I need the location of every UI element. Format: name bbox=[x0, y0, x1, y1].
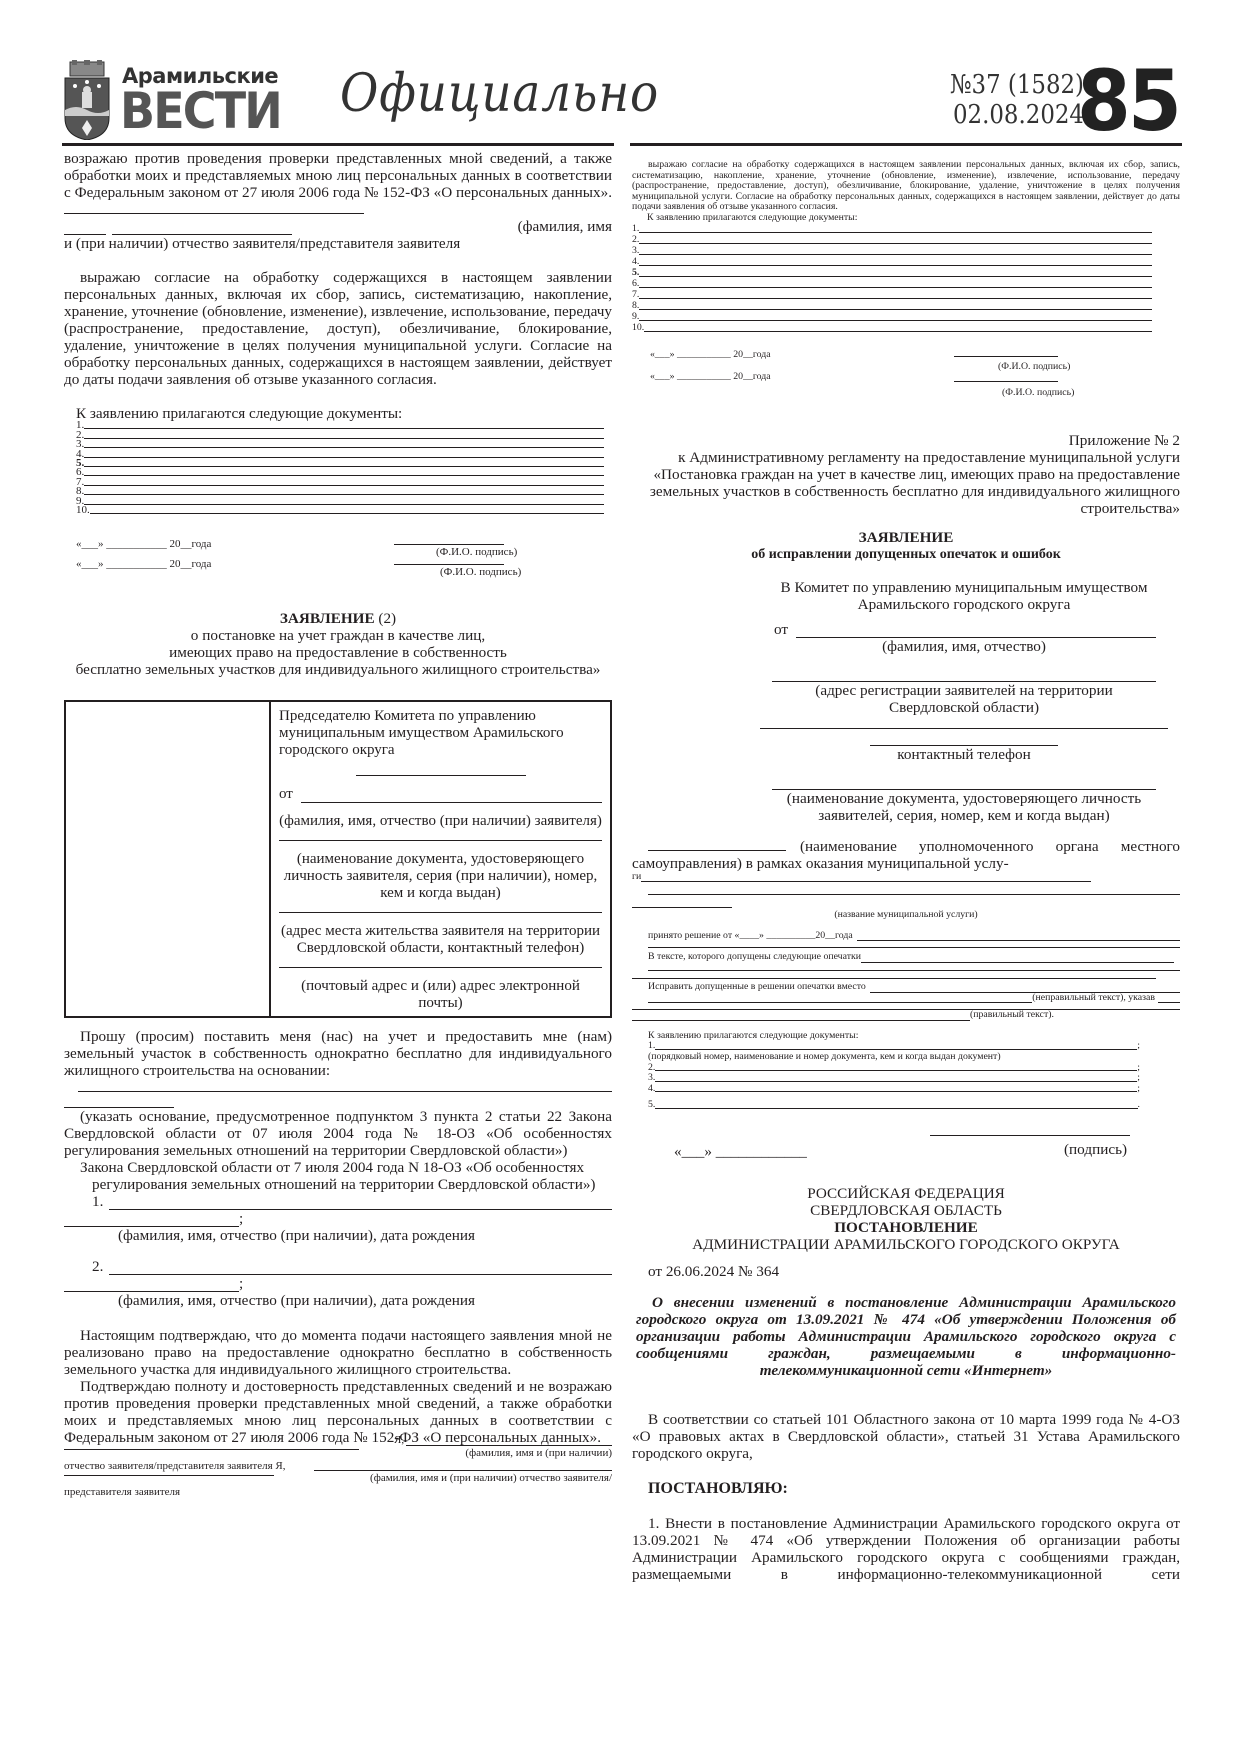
document-hint: (порядковый номер, наименование и номер … bbox=[648, 1052, 1140, 1063]
appendix-header: Приложение № 2 к Административному регла… bbox=[632, 432, 1180, 517]
document-list: 1.2.3.4.5.6.7.8.9.10. bbox=[64, 422, 612, 516]
document-list-item[interactable]: 2. bbox=[632, 235, 1152, 246]
blank-line[interactable] bbox=[639, 276, 1152, 277]
document-list-item[interactable]: 6. bbox=[632, 279, 1152, 290]
document-list-item[interactable]: 2.; bbox=[648, 1063, 1140, 1074]
person-field[interactable] bbox=[64, 1279, 239, 1292]
correction-block: принято решение от «____» __________20__… bbox=[632, 931, 1180, 1111]
decree-title: О внесении изменений в постановление Адм… bbox=[632, 1294, 1180, 1379]
person-entry: 2.;(фамилия, имя, отчество (при наличии)… bbox=[64, 1258, 612, 1309]
application-2-heading: ЗАЯВЛЕНИЕ (2) о постановке на учет гражд… bbox=[64, 610, 612, 678]
person-field[interactable] bbox=[109, 1262, 612, 1275]
sig-hint: (Ф.И.О. подпись) bbox=[998, 362, 1070, 373]
document-list-item[interactable]: 10. bbox=[76, 507, 604, 516]
date-short: «___» ____________ bbox=[674, 1143, 807, 1160]
hint-document: (наименование документа, удостоверяющего… bbox=[279, 851, 602, 902]
right-column: выражаю согласие на обработку содержащих… bbox=[632, 150, 1180, 1583]
page-number: 85 bbox=[1077, 52, 1179, 150]
organ-paragraph: (наименование уполномоченного органа мес… bbox=[632, 838, 1180, 872]
issue-date: 02.08.2024 bbox=[926, 100, 1084, 130]
blank-line[interactable] bbox=[644, 331, 1152, 332]
document-list-item[interactable]: 7. bbox=[76, 478, 604, 487]
final-signature: «___» ____________ (подпись) bbox=[632, 1125, 1180, 1177]
document-list-item[interactable]: 9. bbox=[76, 497, 604, 506]
document-list-item[interactable]: 8. bbox=[76, 488, 604, 497]
date-signature-block: «___» ___________ 20__года «___» _______… bbox=[632, 350, 1180, 396]
docs-title: К заявлению прилагаются следующие докуме… bbox=[64, 405, 612, 422]
blank-line[interactable] bbox=[84, 494, 604, 495]
document-list-item[interactable]: 3. bbox=[76, 441, 604, 450]
blank-line[interactable] bbox=[639, 287, 1152, 288]
blank-line[interactable] bbox=[639, 320, 1152, 321]
document-list-item[interactable]: 9. bbox=[632, 312, 1152, 323]
document-list-item[interactable]: 8. bbox=[632, 301, 1152, 312]
header-rule-left bbox=[62, 143, 614, 146]
blank-line[interactable] bbox=[84, 438, 604, 439]
hint-fio: (фамилия, имя, отчество) bbox=[760, 638, 1168, 655]
document-list-item[interactable]: 4. bbox=[632, 257, 1152, 268]
brand-name-main: ВЕСТИ bbox=[120, 84, 281, 138]
document-list-2: 1.;(порядковый номер, наименование и ном… bbox=[648, 1041, 1180, 1111]
application-title: ЗАЯВЛЕНИЕ bbox=[280, 610, 375, 627]
addressee-table: Председателю Комитета по управлению муни… bbox=[64, 700, 612, 1018]
law-reference-b: регулирования земельных отношений на тер… bbox=[64, 1176, 612, 1193]
blank-line[interactable] bbox=[655, 1108, 1137, 1109]
objection-paragraph: возражаю против проведения проверки пред… bbox=[64, 150, 612, 218]
document-list: 1.2.3.4.5.6.7.8.9.10. bbox=[632, 224, 1180, 334]
blank-line[interactable] bbox=[639, 265, 1152, 266]
masthead: Арамильские ВЕСТИ Официально №37 (1582) … bbox=[62, 50, 1182, 142]
appendix-text: к Административному регламенту на предос… bbox=[632, 449, 1180, 517]
blank-line[interactable] bbox=[655, 1049, 1137, 1050]
confirm-paragraph: Настоящим подтверждаю, что до момента по… bbox=[64, 1327, 612, 1378]
signature-line: (фамилия, имя bbox=[64, 218, 612, 235]
document-list-item[interactable]: 3.; bbox=[648, 1073, 1140, 1084]
recipient-block: В Комитет по управлению муниципальным им… bbox=[632, 579, 1180, 824]
request-paragraph: Прошу (просим) поставить меня (нас) на у… bbox=[64, 1028, 612, 1079]
hint-service: (название муниципальной услуги) bbox=[632, 910, 1180, 921]
blank-line[interactable] bbox=[655, 1081, 1137, 1082]
consent-paragraph: выражаю согласие на обработку содержащих… bbox=[632, 160, 1180, 213]
issue-info: №37 (1582) 02.08.2024 bbox=[926, 70, 1084, 130]
decree-item-1: 1. Внести в постановление Администрации … bbox=[632, 1515, 1180, 1583]
blank-line[interactable] bbox=[84, 428, 604, 429]
newspaper-logo: Арамильские ВЕСТИ bbox=[62, 60, 297, 140]
signature-hint: и (при наличии) отчество заявителя/предс… bbox=[64, 235, 612, 252]
addressee-cell: Председателю Комитета по управлению муни… bbox=[271, 702, 610, 1016]
blank-line[interactable] bbox=[84, 447, 604, 448]
document-list-item[interactable]: 1. bbox=[76, 422, 604, 431]
person-hint: (фамилия, имя, отчество (при наличии), д… bbox=[64, 1292, 612, 1309]
decree-resolve: ПОСТАНОВЛЯЮ: bbox=[632, 1480, 1180, 1497]
basis-hint: (указать основание, предусмотренное подп… bbox=[64, 1108, 612, 1159]
decree-preamble: В соответствии со статьей 101 Областного… bbox=[632, 1411, 1180, 1462]
hint-name: (фамилия, имя, отчество (при наличии) за… bbox=[279, 813, 602, 830]
sig-hint: (Ф.И.О. подпись) bbox=[1002, 388, 1074, 399]
person-field[interactable] bbox=[64, 1214, 239, 1227]
city-coat-of-arms-icon bbox=[62, 60, 112, 140]
blank-line[interactable] bbox=[84, 504, 604, 505]
date-line: «___» ___________ 20__года bbox=[76, 558, 211, 570]
document-list-item[interactable]: 5. bbox=[632, 268, 1152, 279]
blank-line[interactable] bbox=[90, 513, 604, 514]
form-heading: ЗАЯВЛЕНИЕ об исправлении допущенных опеч… bbox=[632, 529, 1180, 563]
hint-document: (наименование документа, удостоверяющего… bbox=[760, 790, 1168, 824]
docs2-title: К заявлению прилагаются следующие докуме… bbox=[648, 1031, 1180, 1042]
person-hint: (фамилия, имя, отчество (при наличии), д… bbox=[64, 1227, 612, 1244]
document-list-item[interactable]: 3. bbox=[632, 246, 1152, 257]
blank-line[interactable] bbox=[639, 232, 1152, 233]
document-list-item[interactable]: 4.; bbox=[648, 1084, 1140, 1095]
hint-registration: (адрес регистрации заявителей на террито… bbox=[760, 682, 1168, 716]
date-line: «___» ___________ 20__года bbox=[76, 538, 211, 550]
blank-line[interactable] bbox=[655, 1091, 1137, 1092]
final-signature-block: Я, (фамилия, имя и (при наличии) отчеств… bbox=[64, 1430, 612, 1488]
blank-line[interactable] bbox=[639, 309, 1152, 310]
sig-hint: (Ф.И.О. подпись) bbox=[440, 566, 521, 578]
document-list-item[interactable]: 10. bbox=[632, 323, 1152, 334]
blank-line[interactable] bbox=[639, 243, 1152, 244]
person-field[interactable] bbox=[109, 1197, 612, 1210]
law-reference-a: Закона Свердловской области от 7 июля 20… bbox=[64, 1159, 612, 1176]
section-title: Официально bbox=[340, 64, 659, 124]
hint-phone: контактный телефон bbox=[760, 746, 1168, 763]
docs-title: К заявлению прилагаются следующие докуме… bbox=[632, 213, 1180, 224]
blank-line[interactable] bbox=[639, 254, 1152, 255]
appendix-title: Приложение № 2 bbox=[632, 432, 1180, 449]
sign-hint: (подпись) bbox=[1064, 1141, 1127, 1158]
blank-line[interactable] bbox=[84, 485, 604, 486]
decree-header: РОССИЙСКАЯ ФЕДЕРАЦИЯ СВЕРДЛОВСКАЯ ОБЛАСТ… bbox=[632, 1185, 1180, 1253]
blank-line[interactable] bbox=[655, 1070, 1137, 1071]
blank-line[interactable] bbox=[639, 298, 1152, 299]
blank-line[interactable] bbox=[84, 457, 604, 458]
document-list-item[interactable]: 7. bbox=[632, 290, 1152, 301]
document-list-item[interactable]: 4. bbox=[76, 450, 604, 459]
document-list-item[interactable]: 2. bbox=[76, 431, 604, 440]
consent-paragraph: выражаю согласие на обработку содержащих… bbox=[64, 269, 612, 388]
empty-cell bbox=[66, 702, 271, 1016]
document-list-item[interactable]: 5. bbox=[76, 460, 604, 469]
date-line: «___» ___________ 20__года bbox=[650, 372, 771, 383]
date-signature-block: «___» ___________ 20__года «___» _______… bbox=[64, 538, 612, 578]
person-list: 1.;(фамилия, имя, отчество (при наличии)… bbox=[64, 1193, 612, 1309]
decree-date-number: от 26.06.2024 № 364 bbox=[632, 1263, 1180, 1280]
document-list-item[interactable]: 6. bbox=[76, 469, 604, 478]
document-list-item[interactable]: 1. bbox=[632, 224, 1152, 235]
person-entry: 1.;(фамилия, имя, отчество (при наличии)… bbox=[64, 1193, 612, 1244]
issue-number: №37 (1582) bbox=[926, 70, 1084, 100]
document-list-item[interactable]: 5.. bbox=[648, 1100, 1140, 1111]
blank-line[interactable] bbox=[84, 466, 604, 467]
sig-hint: (Ф.И.О. подпись) bbox=[436, 546, 517, 558]
header-rule-right bbox=[630, 143, 1182, 146]
date-line: «___» ___________ 20__года bbox=[650, 350, 771, 361]
hint-email: (почтовый адрес и (или) адрес электронно… bbox=[279, 978, 602, 1012]
hint-address: (адрес места жительства заявителя на тер… bbox=[279, 923, 602, 957]
blank-line[interactable] bbox=[84, 475, 604, 476]
left-column: возражаю против проведения проверки пред… bbox=[64, 150, 612, 1488]
